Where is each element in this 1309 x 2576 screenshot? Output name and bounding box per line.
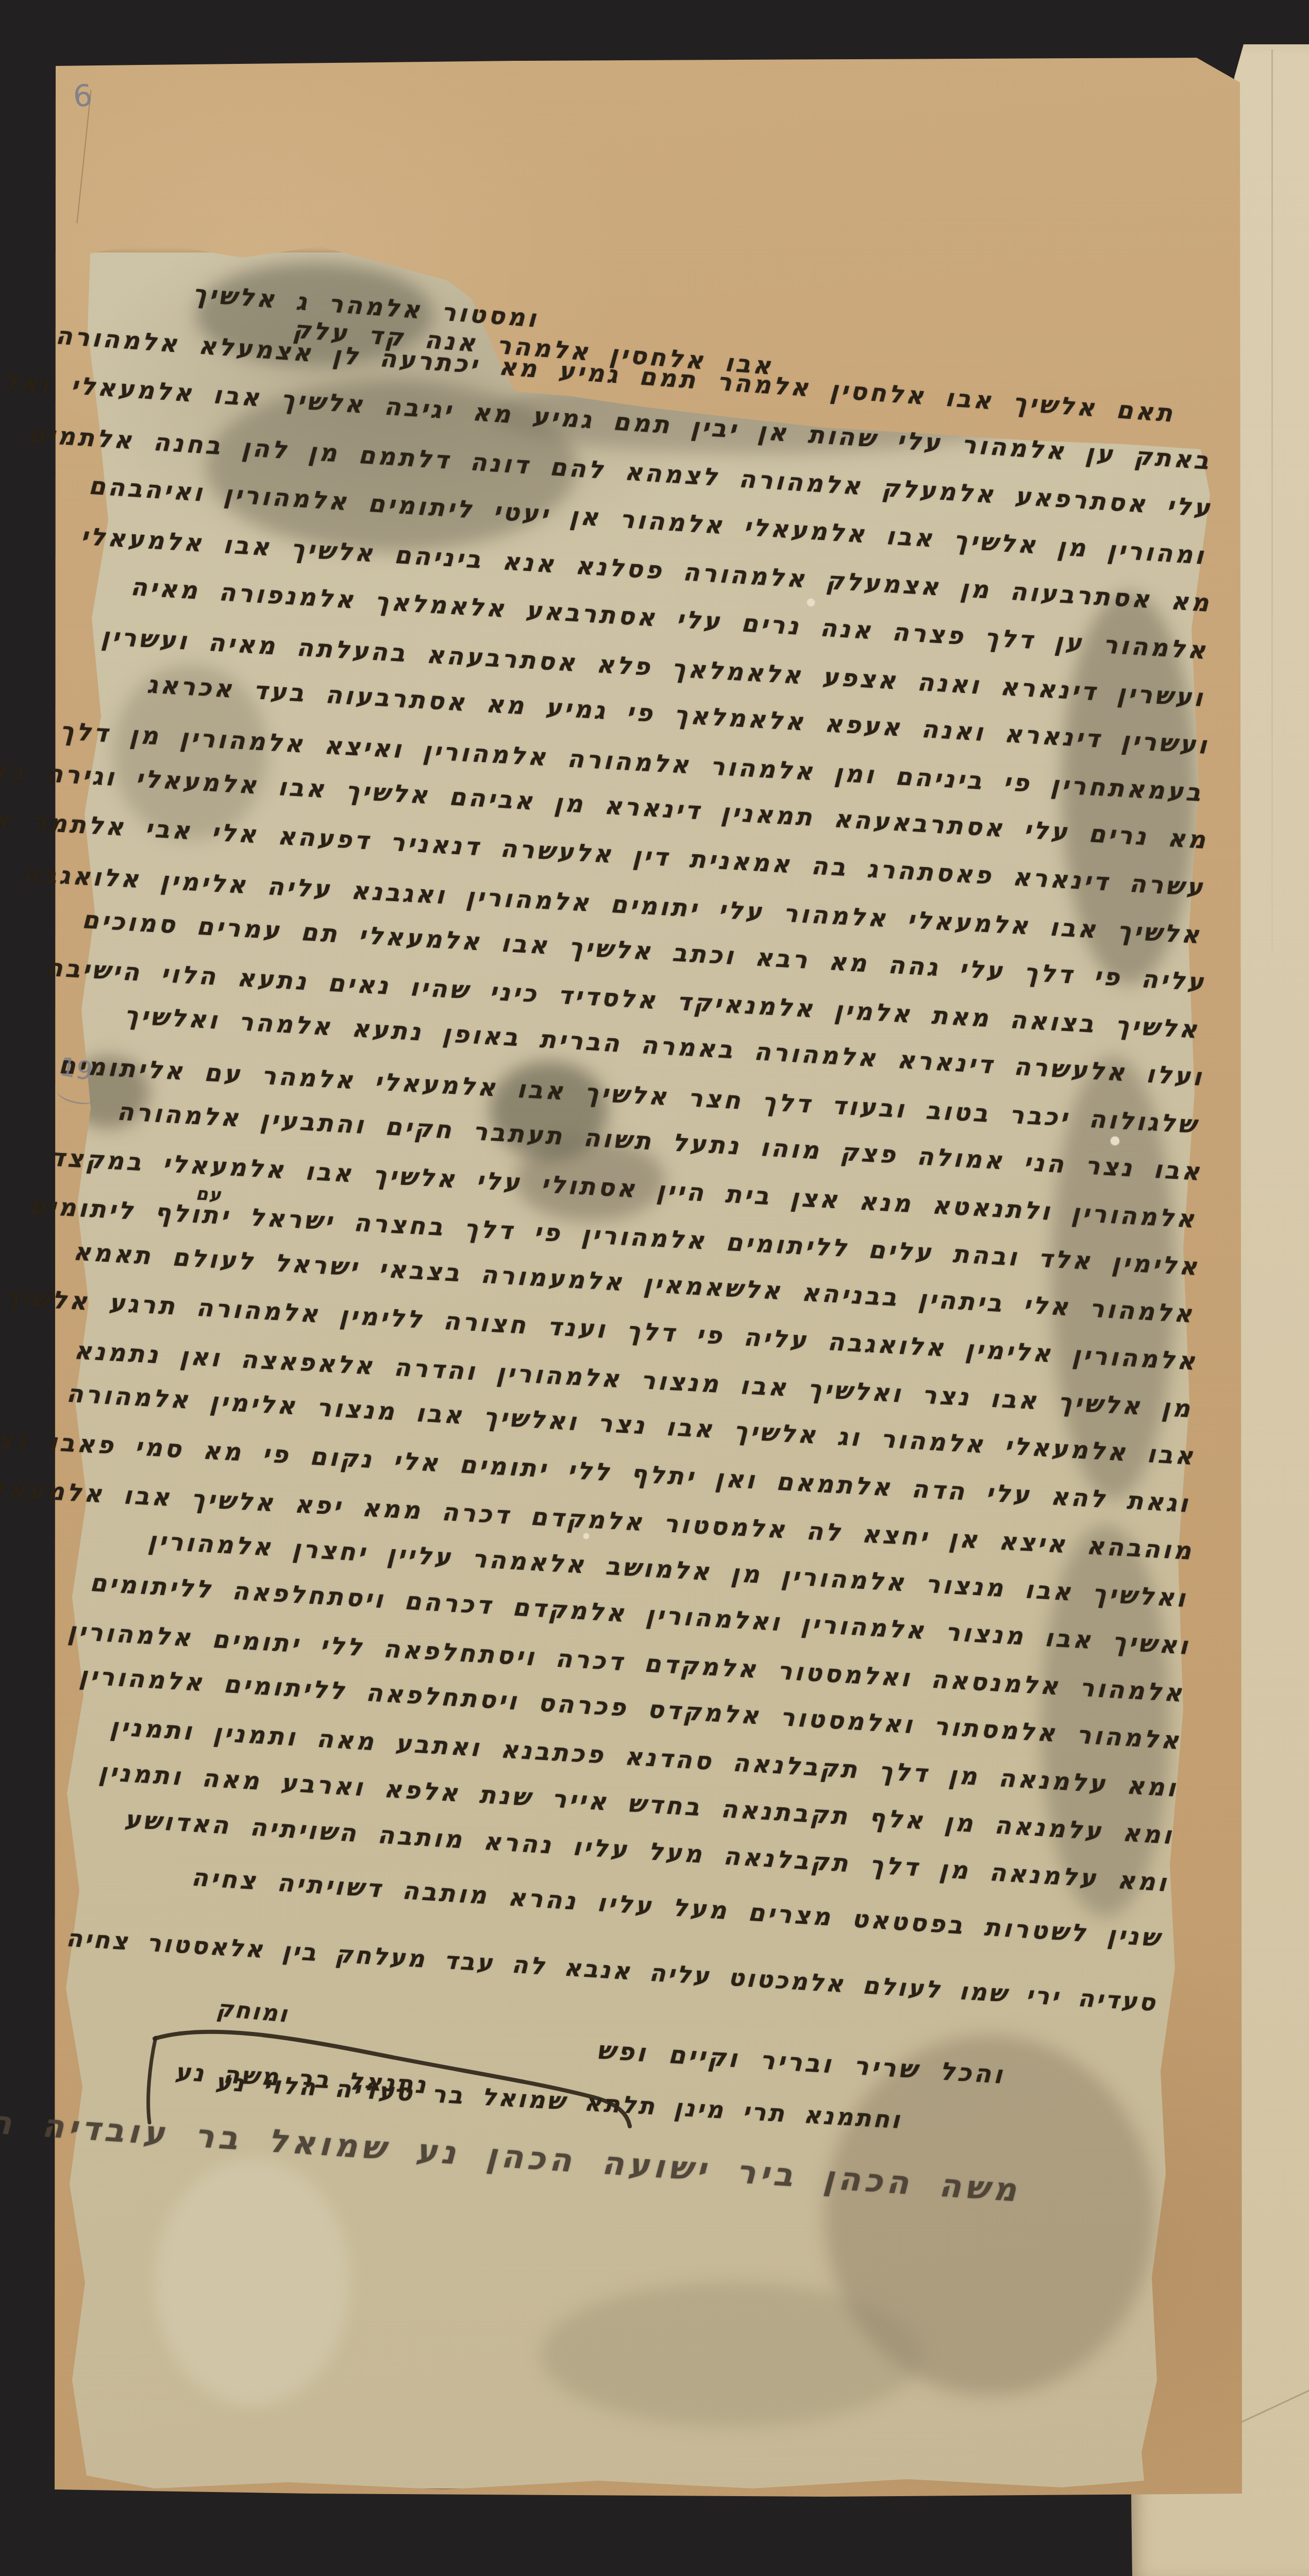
- manuscript-text-layer: ומסטור אלמהר ג אלשיךאבו אלחסין אלמהר אנה…: [0, 0, 1309, 2576]
- pencil-folio-number: 6: [72, 78, 94, 114]
- notary-flourish: [134, 2017, 654, 2141]
- scan-background: { "page": { "folio_number": "6", "leaf_n…: [0, 0, 1309, 2576]
- manuscript-line: והכל שריר ובריר וקיים ופש: [596, 2036, 1005, 2090]
- pencil-leaf-number: 19: [57, 1052, 95, 1087]
- manuscript-line: עם: [195, 1183, 222, 1206]
